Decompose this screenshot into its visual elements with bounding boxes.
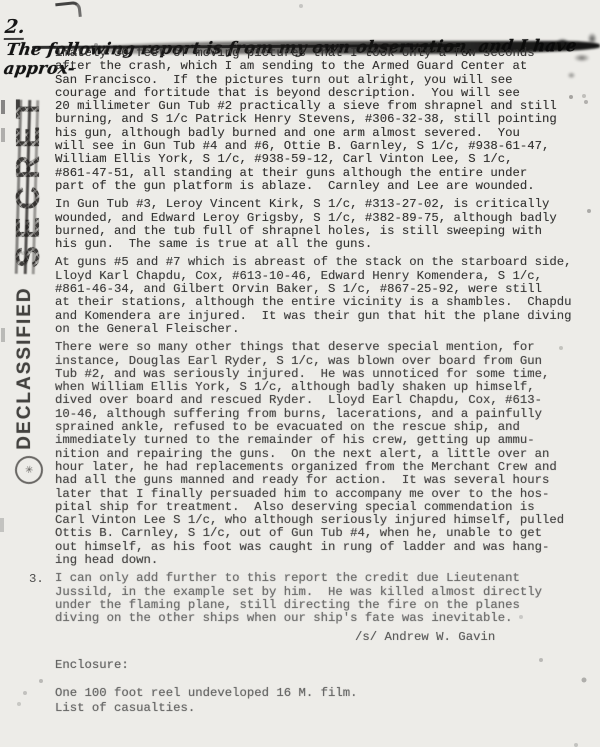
enclosure-list: One 100 foot reel undeveloped 16 M. film… (55, 686, 600, 715)
typed-body: imately 30 feet of moving pictures that … (55, 47, 600, 715)
paragraph-continuation: imately 30 feet of moving pictures that … (55, 47, 600, 193)
paragraph-gun-tub-3: In Gun Tub #3, Leroy Vincent Kirk, S 1/c… (55, 198, 600, 251)
document-page: SECRET DECLASSIFIED ✳ 2. The following r… (0, 0, 600, 747)
item-3-number: 3. (29, 572, 44, 586)
enclosure-heading: Enclosure: (55, 659, 600, 672)
enclosure-item-casualties: List of casualties. (55, 701, 600, 716)
handwritten-item-number: 2. (4, 16, 26, 40)
paragraph-special-mention: There were so many other things that des… (55, 341, 600, 567)
declassified-stamp: DECLASSIFIED (10, 278, 40, 458)
seal-stamp-icon: ✳ (12, 453, 45, 486)
dust-specks (0, 0, 2, 2)
enclosure-item-film: One 100 foot reel undeveloped 16 M. film… (55, 686, 600, 701)
item-3-paragraph: 3. I can only add further to this report… (55, 572, 600, 625)
paragraph-guns-5-and-7: At guns #5 and #7 which is abreast of th… (55, 256, 600, 336)
secret-stamp: SECRET (5, 107, 50, 268)
signature-line: /s/ Andrew W. Gavin (355, 631, 600, 644)
item-3-text: I can only add further to this report th… (55, 572, 600, 625)
